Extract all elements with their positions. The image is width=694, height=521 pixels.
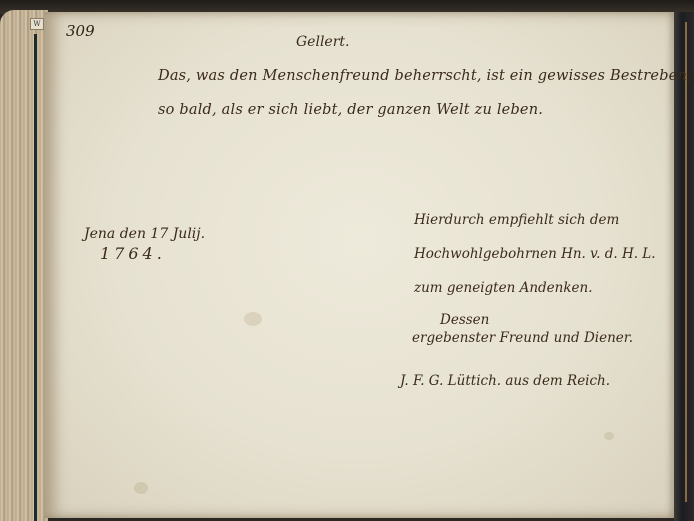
dedication-line-3: zum geneigten Andenken. <box>414 280 593 296</box>
place-date-line: Jena den 17 Julij. <box>84 226 205 242</box>
page-number: 309 <box>66 22 95 40</box>
dedication-line-1: Hierdurch empfiehlt sich dem <box>414 212 619 228</box>
manuscript-page <box>44 12 674 518</box>
quote-line-2: so bald, als er sich liebt, der ganzen W… <box>158 102 543 118</box>
dedication-line-5: ergebenster Freund und Diener. <box>412 330 633 346</box>
quote-author: Gellert. <box>296 34 349 50</box>
quote-line-1: Das, was den Menschenfreund beherrscht, … <box>158 68 692 84</box>
book-photograph: W 309 Gellert. Das, was den Menschenfreu… <box>0 0 694 521</box>
dedication-line-4: Dessen <box>440 312 489 328</box>
signature-line: J. F. G. Lüttich. aus dem Reich. <box>400 373 610 389</box>
page-edges-stack <box>0 10 48 521</box>
year-line: 1764. <box>100 244 166 263</box>
foxing-stain <box>244 312 262 326</box>
foxing-stain <box>134 482 148 494</box>
page-tab-marker: W <box>30 18 44 30</box>
gilt-border-line <box>685 22 687 502</box>
foxing-stain <box>604 432 614 440</box>
dedication-line-2: Hochwohlgebohrnen Hn. v. d. H. L. <box>414 246 656 262</box>
book-cover-edge <box>674 12 694 521</box>
binding-thread <box>34 34 37 521</box>
